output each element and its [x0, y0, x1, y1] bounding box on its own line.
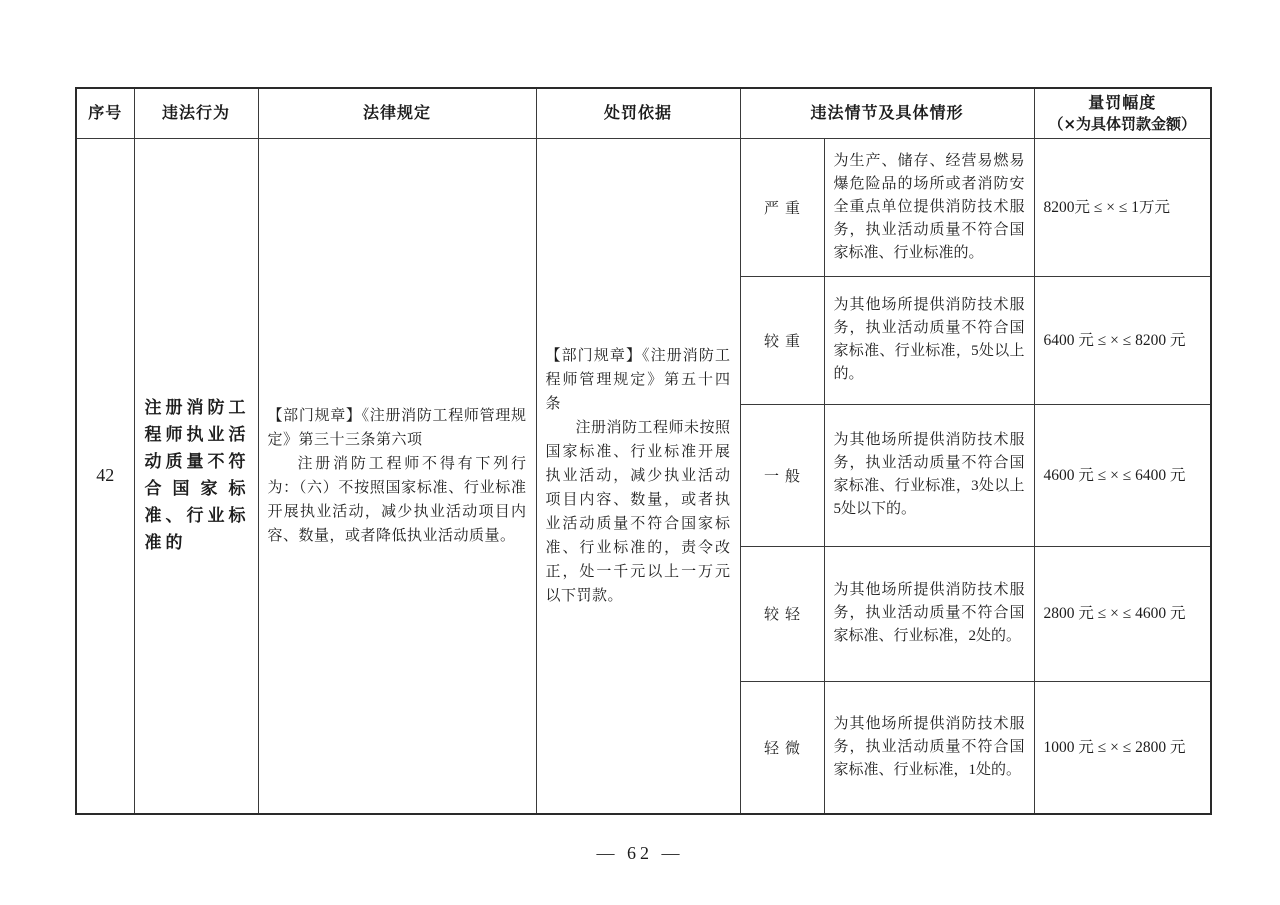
- header-penalty-range-line1: 量罚幅度: [1039, 92, 1207, 114]
- severity-label: 一般: [740, 404, 824, 546]
- circumstance-description: 为其他场所提供消防技术服务，执业活动质量不符合国家标准、行业标准，2处的。: [824, 546, 1034, 681]
- legal-provision-text: 【部门规章】《注册消防工程师管理规定》第三十三条第六项 注册消防工程师不得有下列…: [258, 138, 536, 814]
- severity-label: 较重: [740, 276, 824, 404]
- serial-number: 42: [76, 138, 134, 814]
- circumstance-description: 为其他场所提供消防技术服务，执业活动质量不符合国家标准、行业标准，5处以上的。: [824, 276, 1034, 404]
- penalty-range-value: 6400 元 ≤ × ≤ 8200 元: [1034, 276, 1211, 404]
- penalty-range-value: 1000 元 ≤ × ≤ 2800 元: [1034, 681, 1211, 814]
- page-number: — 62 —: [0, 843, 1280, 864]
- document-page: 序号 违法行为 法律规定 处罚依据 违法情节及具体情形 量罚幅度 （×为具体罚款…: [0, 0, 1280, 905]
- header-penalty-range-line2: （×为具体罚款金额）: [1039, 114, 1207, 135]
- circumstance-description: 为其他场所提供消防技术服务，执业活动质量不符合国家标准、行业标准，1处的。: [824, 681, 1034, 814]
- circumstance-description: 为生产、储存、经营易燃易爆危险品的场所或者消防安全重点单位提供消防技术服务，执业…: [824, 138, 1034, 276]
- header-legal-provision: 法律规定: [258, 88, 536, 138]
- table-header-row: 序号 违法行为 法律规定 处罚依据 违法情节及具体情形 量罚幅度 （×为具体罚款…: [76, 88, 1211, 138]
- violation-text: 注册消防工程师执业活动质量不符合国家标准、行业标准的: [134, 138, 258, 814]
- circumstance-description: 为其他场所提供消防技术服务，执业活动质量不符合国家标准、行业标准，3处以上5处以…: [824, 404, 1034, 546]
- header-penalty-range: 量罚幅度 （×为具体罚款金额）: [1034, 88, 1211, 138]
- penalty-range-value: 2800 元 ≤ × ≤ 4600 元: [1034, 546, 1211, 681]
- severity-label: 较轻: [740, 546, 824, 681]
- penalty-range-value: 4600 元 ≤ × ≤ 6400 元: [1034, 404, 1211, 546]
- header-violation: 违法行为: [134, 88, 258, 138]
- penalty-range-value: 8200元 ≤ × ≤ 1万元: [1034, 138, 1211, 276]
- penalty-basis-text: 【部门规章】《注册消防工程师管理规定》第五十四条 注册消防工程师未按照国家标准、…: [536, 138, 740, 814]
- header-penalty-basis: 处罚依据: [536, 88, 740, 138]
- header-serial: 序号: [76, 88, 134, 138]
- header-circumstances: 违法情节及具体情形: [740, 88, 1034, 138]
- legal-provision-paragraph-2: 注册消防工程师不得有下列行为：（六）不按照国家标准、行业标准开展执业活动，减少执…: [268, 452, 527, 548]
- penalty-basis-paragraph-1: 【部门规章】《注册消防工程师管理规定》第五十四条: [546, 344, 731, 416]
- severity-label: 严重: [740, 138, 824, 276]
- legal-provision-paragraph-1: 【部门规章】《注册消防工程师管理规定》第三十三条第六项: [268, 404, 527, 452]
- severity-label: 轻微: [740, 681, 824, 814]
- table-row: 42 注册消防工程师执业活动质量不符合国家标准、行业标准的 【部门规章】《注册消…: [76, 138, 1211, 276]
- penalty-discretion-table: 序号 违法行为 法律规定 处罚依据 违法情节及具体情形 量罚幅度 （×为具体罚款…: [75, 87, 1212, 815]
- penalty-basis-paragraph-2: 注册消防工程师未按照国家标准、行业标准开展执业活动，减少执业活动项目内容、数量，…: [546, 416, 731, 608]
